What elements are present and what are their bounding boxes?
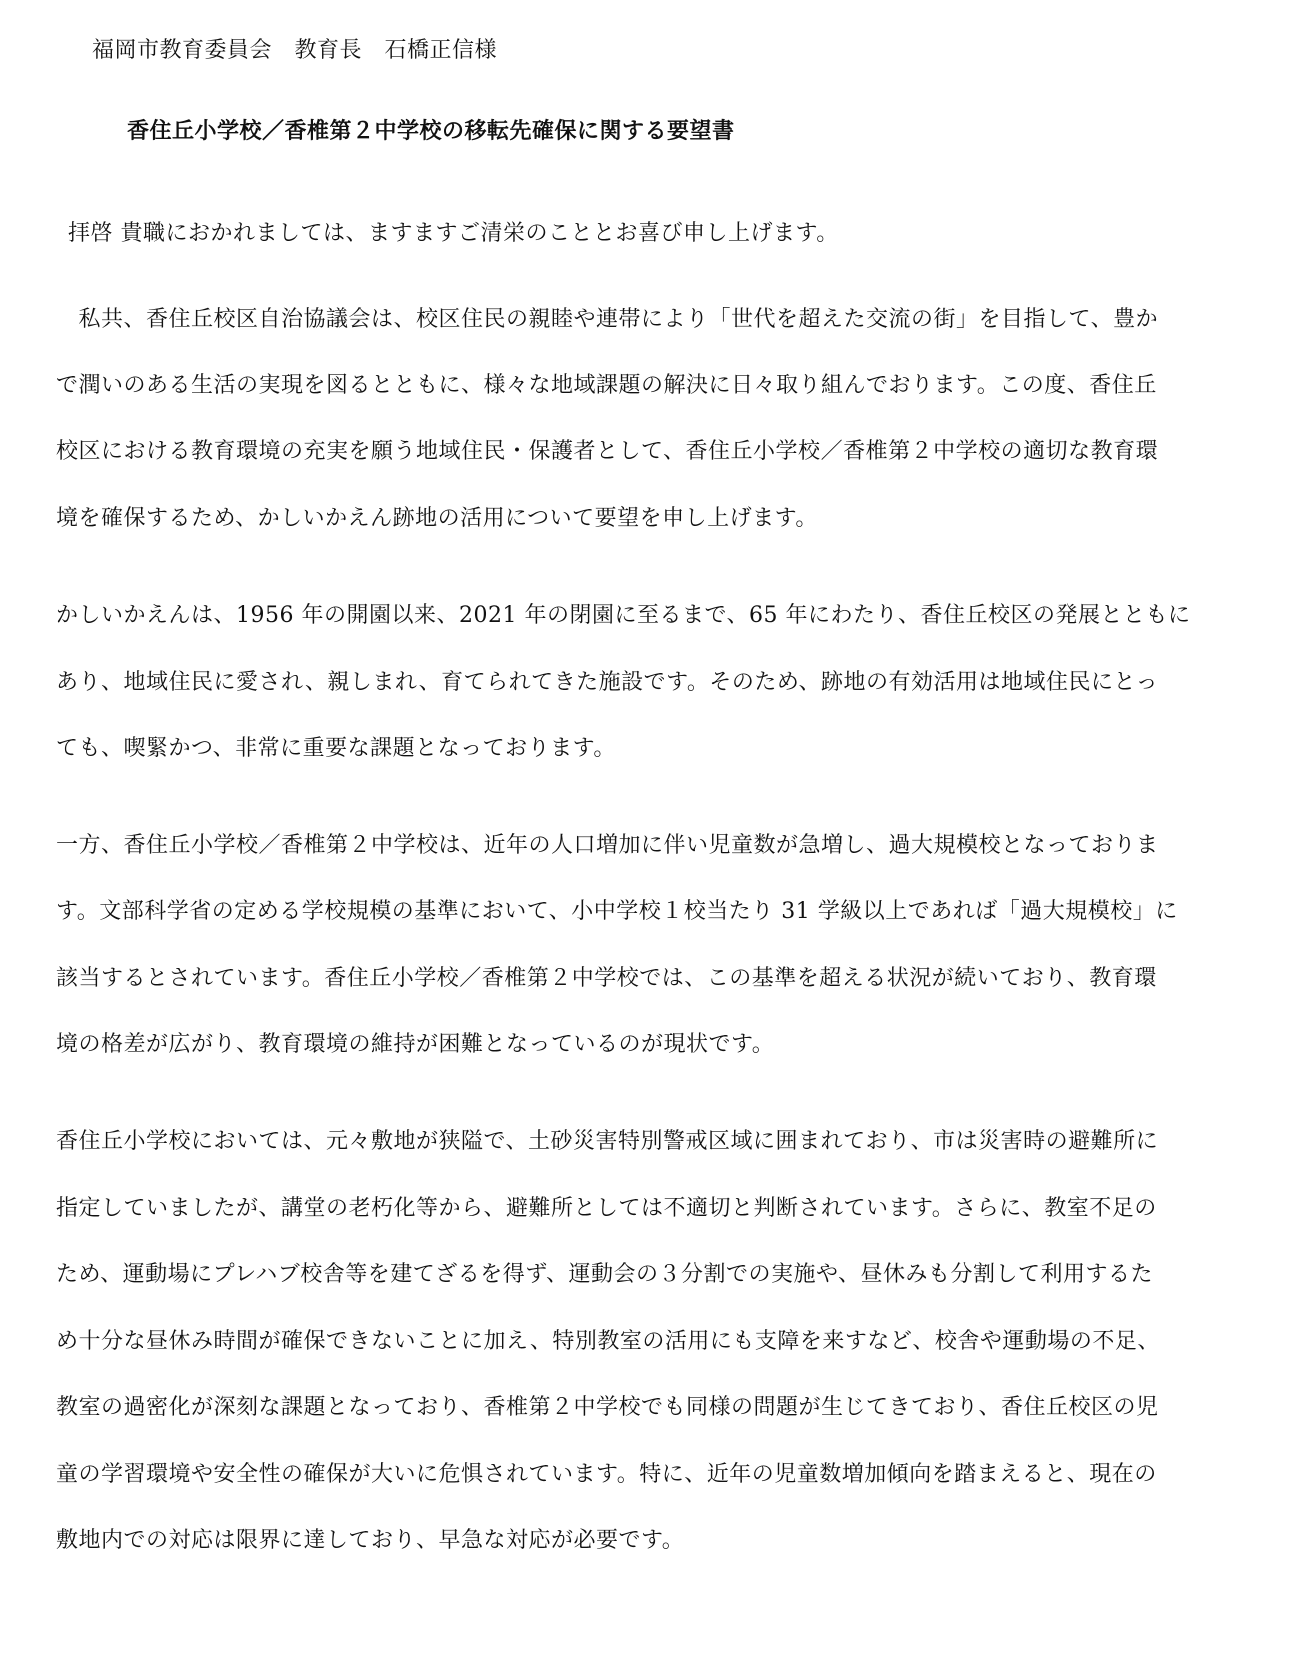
paragraph-line: す。文部科学省の定める学校規模の基準において、小中学校１校当たり 31 学級以上… xyxy=(56,897,1178,927)
paragraph-line: 境を確保するため、かしいかえん跡地の活用について要望を申し上げます。 xyxy=(56,504,818,534)
paragraph-line: 指定していましたが、講堂の老朽化等から、避難所としては不適切と判断されています。… xyxy=(56,1194,1157,1224)
paragraph-line: 校区における教育環境の充実を願う地域住民・保護者として、香住丘小学校／香椎第２中… xyxy=(56,437,1158,467)
paragraph-line: 該当するとされています。香住丘小学校／香椎第２中学校では、この基準を超える状況が… xyxy=(56,964,1157,994)
paragraph-line: で潤いのある生活の実現を図るとともに、様々な地域課題の解決に日々取り組んでおりま… xyxy=(56,371,1157,401)
paragraph-line: 教室の過密化が深刻な課題となっており、香椎第２中学校でも同様の問題が生じてきてお… xyxy=(56,1393,1159,1423)
document-title: 香住丘小学校／香椎第２中学校の移転先確保に関する要望書 xyxy=(127,117,735,147)
greeting: 拝啓 貴職におかれましては、ますますご清栄のこととお喜び申し上げます。 xyxy=(68,219,839,249)
addressee: 福岡市教育委員会 教育長 石橋正信様 xyxy=(92,36,497,66)
paragraph-line: 香住丘小学校においては、元々敷地が狭隘で、土砂災害特別警戒区域に囲まれており、市… xyxy=(56,1127,1158,1157)
paragraph-line: ても、喫緊かつ、非常に重要な課題となっております。 xyxy=(56,734,616,764)
letter-page: 福岡市教育委員会 教育長 石橋正信様 香住丘小学校／香椎第２中学校の移転先確保に… xyxy=(0,0,1292,1664)
paragraph-line: 一方、香住丘小学校／香椎第２中学校は、近年の人口増加に伴い児童数が急増し、過大規… xyxy=(56,831,1159,861)
paragraph-line: 境の格差が広がり、教育環境の維持が困難となっているのが現状です。 xyxy=(56,1030,774,1060)
paragraph-line: 私共、香住丘校区自治協議会は、校区住民の親睦や連帯により「世代を超えた交流の街」… xyxy=(56,305,1158,335)
paragraph-line: め十分な昼休み時間が確保できないことに加え、特別教室の活用にも支障を来すなど、校… xyxy=(56,1327,1160,1357)
paragraph-line: 敷地内での対応は限界に達しており、早急な対応が必要です。 xyxy=(56,1526,684,1556)
paragraph-line: かしいかえんは、1956 年の開園以来、2021 年の閉園に至るまで、65 年に… xyxy=(56,601,1191,631)
paragraph-line: ため、運動場にプレハブ校舎等を建てざるを得ず、運動会の３分割での実施や、昼休みも… xyxy=(56,1260,1153,1290)
paragraph-line: 童の学習環境や安全性の確保が大いに危惧されています。特に、近年の児童数増加傾向を… xyxy=(56,1460,1157,1490)
paragraph-line: あり、地域住民に愛され、親しまれ、育てられてきた施設です。そのため、跡地の有効活… xyxy=(56,668,1158,698)
